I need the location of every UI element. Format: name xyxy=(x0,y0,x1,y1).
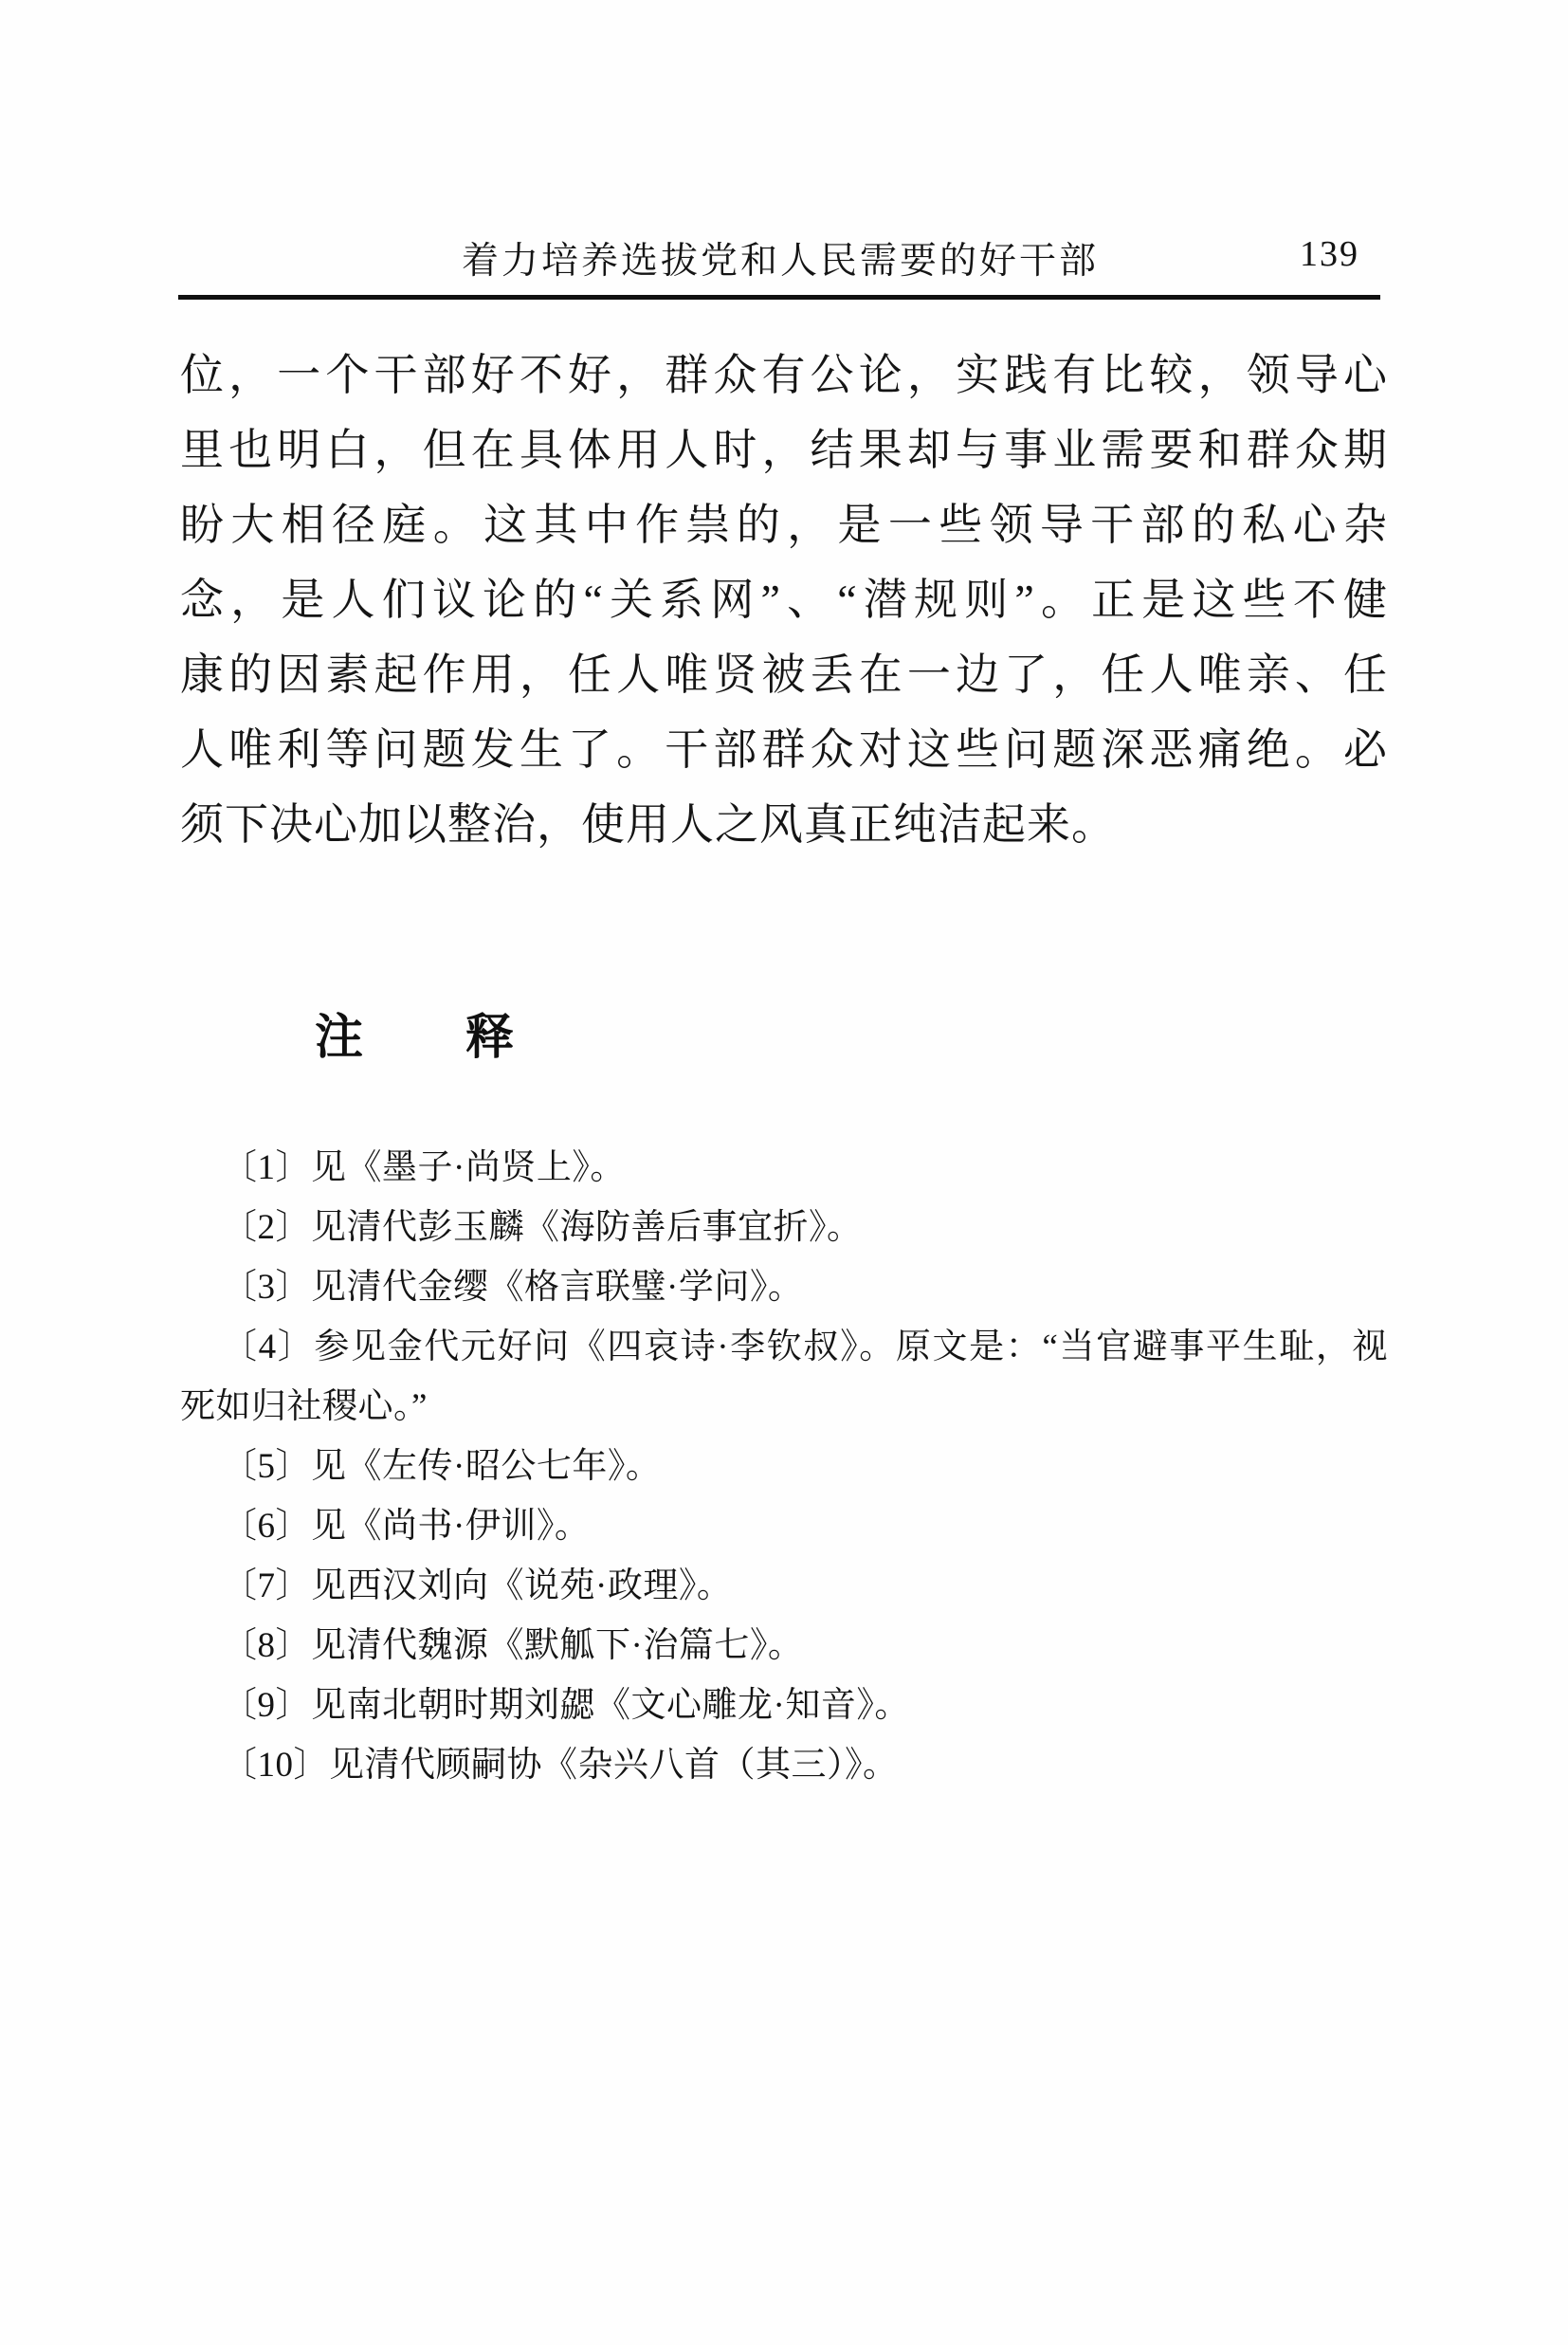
running-header: 着力培养选拔党和人民需要的好干部 139 xyxy=(180,231,1380,281)
page-number: 139 xyxy=(1300,233,1359,275)
note-item: 〔3〕见清代金缨《格言联璧·学问》。 xyxy=(180,1257,1388,1317)
note-item: 〔6〕见《尚书·伊训》。 xyxy=(180,1496,1388,1556)
body-line: 位，一个干部好不好，群众有公论，实践有比较，领导心 xyxy=(180,338,1388,412)
body-line: 念，是人们议论的“关系网”、“潜规则”。正是这些不健 xyxy=(180,562,1388,637)
note-item: 〔10〕见清代顾嗣协《杂兴八首（其三）》。 xyxy=(180,1735,1388,1795)
note-item: 〔1〕见《墨子·尚贤上》。 xyxy=(180,1138,1388,1198)
header-rule xyxy=(178,295,1380,300)
running-header-title: 着力培养选拔党和人民需要的好干部 xyxy=(180,231,1380,284)
body-line: 康的因素起作用，任人唯贤被丢在一边了，任人唯亲、任 xyxy=(180,637,1388,712)
note-item: 〔7〕见西汉刘向《说苑·政理》。 xyxy=(180,1556,1388,1616)
notes-heading: 注 释 xyxy=(315,998,516,1068)
body-paragraph: 位，一个干部好不好，群众有公论，实践有比较，领导心 里也明白，但在具体用人时，结… xyxy=(180,338,1388,862)
note-item-continuation: 死如归社稷心。” xyxy=(180,1377,1388,1437)
body-line: 里也明白，但在具体用人时，结果却与事业需要和群众期 xyxy=(180,412,1388,487)
note-item: 〔4〕参见金代元好问《四哀诗·李钦叔》。原文是：“当官避事平生耻，视 xyxy=(180,1317,1388,1377)
note-item: 〔5〕见《左传·昭公七年》。 xyxy=(180,1437,1388,1496)
note-item: 〔2〕见清代彭玉麟《海防善后事宜折》。 xyxy=(180,1198,1388,1257)
notes-list: 〔1〕见《墨子·尚贤上》。 〔2〕见清代彭玉麟《海防善后事宜折》。 〔3〕见清代… xyxy=(180,1138,1388,1795)
body-line: 盼大相径庭。这其中作祟的，是一些领导干部的私心杂 xyxy=(180,487,1388,562)
book-page: 着力培养选拔党和人民需要的好干部 139 位，一个干部好不好，群众有公论，实践有… xyxy=(0,0,1568,2345)
body-line: 须下决心加以整治，使用人之风真正纯洁起来。 xyxy=(180,787,1388,862)
note-item: 〔8〕见清代魏源《默觚下·治篇七》。 xyxy=(180,1616,1388,1676)
body-line: 人唯利等问题发生了。干部群众对这些问题深恶痛绝。必 xyxy=(180,712,1388,787)
note-item: 〔9〕见南北朝时期刘勰《文心雕龙·知音》。 xyxy=(180,1676,1388,1735)
